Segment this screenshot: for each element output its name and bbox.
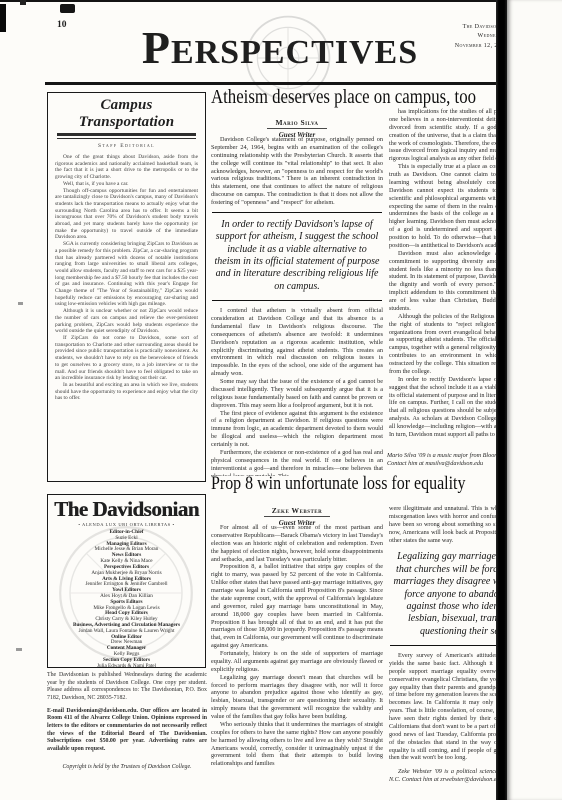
- atheism-byline: Mario Silva Guest Writer: [211, 112, 383, 139]
- staff-names: Julia Edwards & Nami Patel: [48, 664, 205, 668]
- prop8-column-2: were illegitimate and unnatural. This is…: [389, 505, 496, 800]
- signature-line: Mario Silva '09 is a music major from Bl…: [387, 452, 496, 460]
- scan-speck: [60, 4, 75, 13]
- author-name: Zeke Webster: [264, 506, 331, 517]
- prop8-signature: Zeke Webster '09 is a political science …: [389, 768, 496, 784]
- publication-info-paragraph: The Davidsonian is published Wednesdays …: [47, 672, 207, 703]
- dateline-line: November 12, 2008: [386, 42, 496, 51]
- next-page-edge: The D Jus In lighI would lJust Peacthat …: [507, 0, 562, 800]
- staff-entry: Section Copy Editors Julia Edwards & Nam…: [48, 658, 205, 668]
- atheism-column-1: Davidson College's statement of purpose,…: [211, 136, 383, 476]
- article-paragraph: Some may say that the issue of the exist…: [211, 378, 383, 410]
- scan-speck: [18, 302, 23, 305]
- prop8-byline: Zeke Webster Guest Writer: [211, 500, 383, 527]
- article-paragraph: Davidson College's statement of purpose,…: [211, 136, 383, 207]
- section-title-rest: ERSPECTIVES: [171, 34, 418, 71]
- article-paragraph: Davidson must also acknowledge atheism a…: [389, 250, 496, 313]
- scan-edge-artifact: [0, 0, 496, 2]
- dateline-line: Wednesday: [386, 32, 496, 41]
- editorial-paragraph: Well, that is, if you have a car.: [55, 181, 198, 188]
- author-name: Mario Silva: [267, 118, 326, 129]
- atheism-headline: Atheism deserves place on campus, too: [211, 85, 450, 109]
- staff-entry: Business, Advertising and Circulation Ma…: [48, 623, 205, 635]
- section-title-initial: P: [142, 22, 171, 73]
- editorial-title-rule: [57, 133, 196, 139]
- staff-editorial-box: Campus Transportation Staff Editorial On…: [47, 92, 206, 482]
- masthead-box: The Davidsonian • ALENDA LUX UBI ORTA LI…: [47, 494, 206, 668]
- article-paragraph: Furthermore, the existence or non-existe…: [211, 449, 383, 476]
- article-paragraph: has implications for the studies of all …: [389, 108, 496, 163]
- article-paragraph: Although the policies of the Religious L…: [389, 313, 496, 376]
- article-paragraph: Legalizing gay marriage doesn't mean tha…: [211, 674, 383, 721]
- editorial-paragraph: Although it is unclear whether or not Zi…: [55, 308, 198, 335]
- article-paragraph: For almost all of us—even some of the mo…: [211, 524, 383, 563]
- editorial-paragraph: SGA is currently considering bringing Zi…: [55, 241, 198, 308]
- signature-line: Contact him at masilva@davidson.edu: [387, 460, 496, 468]
- publication-info-paragraph: E-mail Davidsonian@davidson.edu. Our off…: [47, 708, 207, 754]
- article-paragraph: Who seriously thinks that it undermines …: [211, 721, 383, 768]
- article-paragraph: In order to rectify Davidson's lapse of …: [389, 376, 496, 439]
- staff-list: Editor-in-Chief Suzie Eckl Managing Edit…: [48, 530, 205, 668]
- masthead-motto: • ALENDA LUX UBI ORTA LIBERTAS •: [48, 522, 205, 527]
- article-paragraph: Fortunately, history is on the side of s…: [211, 650, 383, 674]
- prop8-headline: Prop 8 win unfortunate loss for equality: [211, 473, 450, 496]
- article-paragraph: Proposition 8, a ballot initiative that …: [211, 563, 383, 650]
- editorial-title: Campus Transportation: [55, 97, 198, 131]
- editorial-paragraph: Though off-campus opportunities for fun …: [55, 188, 198, 242]
- scan-speck: [16, 648, 22, 651]
- dateline-line: The Davidsonian: [386, 23, 496, 32]
- article-paragraph: I contend that atheism is virtually abse…: [211, 307, 383, 378]
- page-fold: [496, 0, 507, 800]
- scan-speck: [0, 4, 6, 32]
- dateline: The DavidsonianWednesdayNovember 12, 200…: [386, 23, 496, 51]
- copyright-line: Copyright is held by the Trustees of Dav…: [47, 764, 207, 770]
- staff-entry: Editor-in-Chief Suzie Eckl: [48, 530, 205, 542]
- publication-info: The Davidsonian is published Wednesdays …: [47, 672, 207, 754]
- prop8-pull-quote: Legalizing gay marriage doesn't mean tha…: [390, 549, 496, 646]
- atheism-column-2: has implications for the studies of all …: [389, 108, 496, 450]
- atheism-column-1-rest: I contend that atheism is virtually abse…: [211, 307, 383, 476]
- article-paragraph: were illegitimate and unnatural. This is…: [389, 505, 496, 544]
- atheism-signature: Mario Silva '09 is a music major from Bl…: [387, 452, 496, 468]
- page-number: 10: [57, 20, 67, 30]
- editorial-paragraph: In as beautiful and exciting an area in …: [55, 382, 198, 402]
- editorial-kicker: Staff Editorial: [55, 143, 198, 149]
- prop8-column-1: For almost all of us—even some of the mo…: [211, 524, 383, 800]
- staff-entry: Yowl Editors Alex Hoyt & Dan Killian: [48, 588, 205, 600]
- prop8-headline-wrap: Prop 8 win unfortunate loss for equality: [211, 473, 496, 500]
- newspaper-page: 10 PERSPECTIVES The DavidsonianWednesday…: [0, 0, 496, 800]
- masthead-title: The Davidsonian: [48, 499, 205, 520]
- editorial-paragraph: One of the great things about Davidson, …: [55, 154, 198, 181]
- editorial-paragraph: If ZipCars do not come to Davidson, some…: [55, 335, 198, 382]
- scan-speck: [20, 0, 26, 5]
- article-paragraph: This is especially true at a place as co…: [389, 163, 496, 250]
- editorial-body: One of the great things about Davidson, …: [55, 154, 198, 402]
- article-paragraph: The first piece of evidence against this…: [211, 410, 383, 449]
- article-paragraph: Every survey of American's attitudes tow…: [389, 652, 496, 762]
- staff-entry: Perspectives Editors Anjan Mukherjee & B…: [48, 565, 205, 577]
- atheism-pull-quote: In order to rectify Davidson's lapse of …: [212, 212, 382, 301]
